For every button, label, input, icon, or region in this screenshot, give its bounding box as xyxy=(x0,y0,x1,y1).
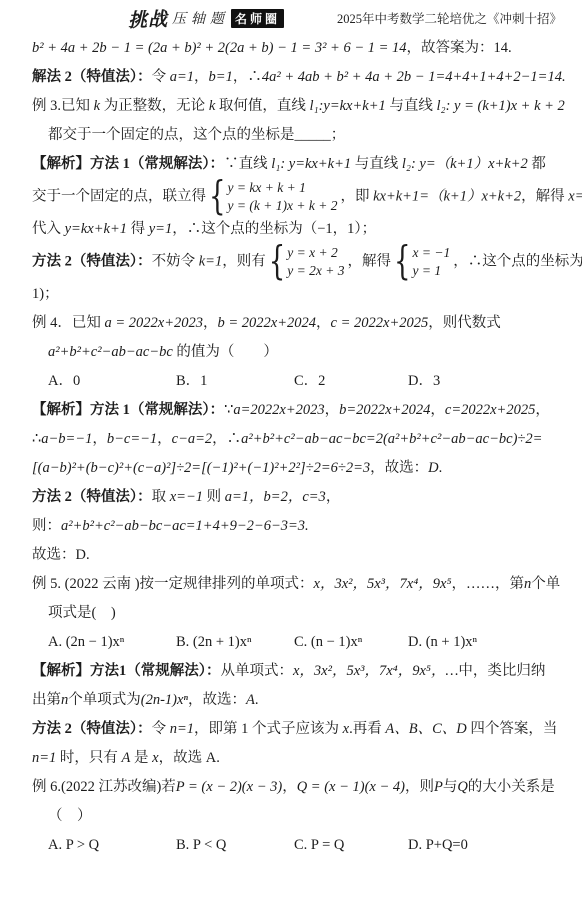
option-row: A. (2n − 1)xⁿB. (2n + 1)xⁿC. (n − 1)xⁿD.… xyxy=(32,628,562,657)
text-run: . xyxy=(255,692,259,708)
math-run: Q = (x − 1)(x − 4) xyxy=(297,779,405,795)
text-run: ，则 xyxy=(405,779,434,795)
math-run: A xyxy=(246,692,255,708)
text-run: ，∴ xyxy=(233,69,262,85)
system-equation: x = −1 xyxy=(413,244,451,262)
text-run: . xyxy=(439,460,443,476)
text-run: 例 4．已知 xyxy=(32,315,105,331)
option-row: A. P > QB. P < QC. P = QD. P+Q=0 xyxy=(32,831,562,860)
math-run: kx+k+1=（k+1）x+k+2 xyxy=(373,188,521,204)
math-run: x，3x²，5x³，7x⁴，9x⁵ xyxy=(314,576,452,592)
paragraph-line: 例 4．已知 a = 2022x+2023，b = 2022x+2024，c =… xyxy=(32,309,562,338)
document-body: b² + 4a + 2b − 1 = (2a + b)² + 2(2a + b)… xyxy=(32,34,562,860)
paragraph-line: 1)； xyxy=(32,280,562,309)
text-run: 代入 xyxy=(32,221,65,237)
text-run: ，∴ xyxy=(212,431,241,447)
system-lines: y = kx + k + 1y = (k + 1)x + k + 2 xyxy=(228,179,338,215)
text-run: ， xyxy=(203,315,218,331)
text-run: ∵ xyxy=(224,402,233,418)
equation-system: {y = kx + k + 1y = (k + 1)x + k + 2 xyxy=(209,179,337,215)
text-run: ， xyxy=(92,431,107,447)
system-equation: y = 1 xyxy=(413,262,451,280)
text-run: 都交于一个固定的点，这个点的坐标是_____； xyxy=(48,127,345,143)
text-run: 的值为（ ） xyxy=(173,344,278,360)
paragraph-line: n=1 时，只有 A 是 x，故选 A. xyxy=(32,744,562,773)
text-run: 的大小关系是 xyxy=(468,779,555,795)
math-run: x，3x²，5x³，7x⁴，9x⁵，… xyxy=(293,663,458,679)
math-run: b = 2022x+2024 xyxy=(218,315,317,331)
paragraph-line: 方法 2（特值法）：取 x=−1 则 a=1，b=2，c=3， xyxy=(32,483,562,512)
system-equation: y = (k + 1)x + k + 2 xyxy=(228,197,338,215)
paragraph-line: [(a−b)²+(b−c)²+(c−a)²]÷2=[(−1)²+(−1)²+2²… xyxy=(32,454,562,483)
option-item: A．0 xyxy=(48,367,176,396)
text-run: （ ） xyxy=(48,808,92,824)
paragraph-line: 则：a²+b²+c²−ab−bc−ac=1+4+9−2−6−3=3. xyxy=(32,512,562,541)
math-run: l₂: y=（k+1）x+k+2 xyxy=(402,156,528,172)
text-run: 四个答案，当 xyxy=(467,721,558,737)
option-item: B. P < Q xyxy=(176,831,294,860)
text-run: 都 xyxy=(528,156,546,172)
paragraph-line: 例 3.已知 k 为正整数，无论 k 取何值，直线 l₁:y=kx+k+1 与直… xyxy=(32,92,562,121)
brand-logo: 挑战 压轴题 名师圈 xyxy=(128,5,284,32)
text-run: ，即 xyxy=(340,188,373,204)
paragraph-line: 【解析】方法1（常规解法）：从单项式：x，3x²，5x³，7x⁴，9x⁵，…中，… xyxy=(32,657,562,686)
text-run: 1)； xyxy=(32,286,59,302)
paragraph-line: b² + 4a + 2b − 1 = (2a + b)² + 2(2a + b)… xyxy=(32,34,562,63)
math-run: l₁: y=kx+k+1 xyxy=(271,156,351,172)
math-run: y=1 xyxy=(149,221,172,237)
math-run: x=−1 xyxy=(568,188,582,204)
math-run: b² + 4a + 2b − 1 = (2a + b)² + 2(2a + b)… xyxy=(32,40,407,56)
text-run: ， xyxy=(316,315,331,331)
option-item: D. P+Q=0 xyxy=(408,831,562,860)
math-run: a=1，b=2，c=3 xyxy=(225,489,326,505)
text-run: 例 6.(2022 江苏改编)若 xyxy=(32,779,176,795)
text-run: 与直线 xyxy=(351,156,402,172)
math-run: Q xyxy=(457,779,467,795)
document-page: 挑战 压轴题 名师圈 2025年中考数学二轮培优之《冲刺十招》 b² + 4a … xyxy=(0,0,582,860)
text-run: ∵直线 xyxy=(224,156,271,172)
math-run: n=1 xyxy=(170,721,194,737)
text-run: 【解析】方法 1（常规解法）： xyxy=(32,156,224,172)
paragraph-line: 项式是( ) xyxy=(32,599,562,628)
math-run: (2n-1)xⁿ xyxy=(141,692,188,708)
logo-subtitle: 压轴题 xyxy=(172,8,229,28)
text-run: 方法 2（特值法）： xyxy=(32,253,152,269)
option-row: A．0B．1C．2D．3 xyxy=(32,367,562,396)
text-run: ， xyxy=(325,402,340,418)
text-run: ， xyxy=(535,402,550,418)
math-run: D xyxy=(428,460,438,476)
paragraph-line: 代入 y=kx+k+1 得 y=1，∴这个点的坐标为（−1，1）； xyxy=(32,215,562,244)
math-run: a²+b²+c²−ab−ac−bc xyxy=(48,344,173,360)
text-run: ， xyxy=(326,489,341,505)
system-lines: y = x + 2y = 2x + 3 xyxy=(287,244,344,280)
math-run: P = (x − 2)(x − 3) xyxy=(176,779,282,795)
math-run: c = 2022x+2025 xyxy=(331,315,429,331)
math-run: A、B、C、D xyxy=(385,721,466,737)
brace-glyph: { xyxy=(269,243,286,282)
math-run: 4a² + 4ab + b² + 4a + 2b − 1=4+4+1+4+2−1… xyxy=(262,69,566,85)
text-run: ，则代数式 xyxy=(428,315,501,331)
text-run: 方法 2（特值法）： xyxy=(32,721,152,737)
text-run: ，∴这个点的坐标为 (−1， xyxy=(453,253,582,269)
text-run: 与直线 xyxy=(386,98,437,114)
paragraph-line: 故选：D. xyxy=(32,541,562,570)
text-run: ， xyxy=(194,69,209,85)
brace-glyph: { xyxy=(209,178,226,217)
text-run: 从单项式： xyxy=(221,663,294,679)
option-item: D. (n + 1)xⁿ xyxy=(408,628,562,657)
equation-system: {x = −1y = 1 xyxy=(394,244,450,280)
text-run: 项式是( ) xyxy=(48,605,116,621)
paragraph-line: 【解析】方法 1（常规解法）：∵直线 l₁: y=kx+k+1 与直线 l₂: … xyxy=(32,150,562,179)
text-run: ，解得 xyxy=(348,253,392,269)
math-run: y=kx+k+1 xyxy=(65,221,127,237)
text-run: 故选：D. xyxy=(32,547,90,563)
math-run: a = 2022x+2023 xyxy=(105,315,204,331)
math-run: x=−1 xyxy=(170,489,203,505)
page-header: 挑战 压轴题 名师圈 2025年中考数学二轮培优之《冲刺十招》 xyxy=(32,5,562,31)
paragraph-line: ∴a−b=−1，b−c=−1，c−a=2，∴a²+b²+c²−ab−ac−bc=… xyxy=(32,425,562,454)
paragraph-line: 方法 2（特值法）：不妨令 k=1，则有{y = x + 2y = 2x + 3… xyxy=(32,244,562,280)
paragraph-line: 都交于一个固定的点，这个点的坐标是_____； xyxy=(32,121,562,150)
option-item: A. P > Q xyxy=(48,831,176,860)
paragraph-line: 【解析】方法 1（常规解法）：∵a=2022x+2023，b=2022x+202… xyxy=(32,396,562,425)
text-run: ，则有 xyxy=(222,253,266,269)
text-run: ，故选： xyxy=(370,460,428,476)
text-run: 【解析】方法 1（常规解法）： xyxy=(32,402,224,418)
math-run: P xyxy=(434,779,443,795)
text-run: 是 xyxy=(130,750,152,766)
system-equation: y = x + 2 xyxy=(287,244,344,262)
option-item: D．3 xyxy=(408,367,562,396)
text-run: 时，只有 xyxy=(56,750,121,766)
math-run: a²+b²+c²−ab−ac−bc=2(a²+b²+c²−ab−ac−bc)÷2… xyxy=(241,431,542,447)
text-run: 则： xyxy=(32,518,61,534)
text-run: ，故选 A. xyxy=(159,750,220,766)
text-run: ， xyxy=(157,431,172,447)
text-run: 交于一个固定的点，联立得 xyxy=(32,188,206,204)
math-run: b=1 xyxy=(209,69,233,85)
text-run: 取 xyxy=(152,489,170,505)
math-run: a=2022x+2023 xyxy=(233,402,324,418)
text-run: 与 xyxy=(443,779,458,795)
text-run: ，∴这个点的坐标为（−1，1）； xyxy=(172,221,376,237)
math-run: b−c=−1 xyxy=(107,431,157,447)
paragraph-line: 方法 2（特值法）：令 n=1，即第 1 个式子应该为 x.再看 A、B、C、D… xyxy=(32,715,562,744)
text-run: 解法 2（特值法）： xyxy=(32,69,152,85)
paragraph-line: 例 5. (2022 云南 )按一定规律排列的单项式：x，3x²，5x³，7x⁴… xyxy=(32,570,562,599)
paragraph-line: （ ） xyxy=(32,802,562,831)
text-run: ， xyxy=(430,402,445,418)
logo-script-text: 挑战 xyxy=(128,4,169,32)
math-run: b=2022x+2024 xyxy=(339,402,430,418)
paragraph-line: 解法 2（特值法）：令 a=1，b=1，∴4a² + 4ab + b² + 4a… xyxy=(32,63,562,92)
paragraph-line: 出第n个单项式为(2n-1)xⁿ，故选：A. xyxy=(32,686,562,715)
math-run: a²+b²+c²−ab−bc−ac=1+4+9−2−6−3=3. xyxy=(61,518,309,534)
paragraph-line: a²+b²+c²−ab−ac−bc 的值为（ ） xyxy=(32,338,562,367)
system-equation: y = 2x + 3 xyxy=(287,262,344,280)
math-run: c=2022x+2025 xyxy=(445,402,535,418)
text-run: 个单 xyxy=(531,576,560,592)
course-title: 2025年中考数学二轮培优之《冲刺十招》 xyxy=(337,9,562,27)
text-run: 令 xyxy=(152,69,170,85)
text-run: ， xyxy=(282,779,297,795)
text-run: 不妨令 xyxy=(152,253,199,269)
math-run: [(a−b)²+(b−c)²+(c−a)²]÷2=[(−1)²+(−1)²+2²… xyxy=(32,460,370,476)
text-run: ∴ xyxy=(32,431,41,447)
text-run: 则 xyxy=(203,489,225,505)
text-run: 【解析】方法1（常规解法）： xyxy=(32,663,221,679)
option-item: B. (2n + 1)xⁿ xyxy=(176,628,294,657)
option-item: C. (n − 1)xⁿ xyxy=(294,628,408,657)
math-run: a=1 xyxy=(170,69,194,85)
option-item: A. (2n − 1)xⁿ xyxy=(48,628,176,657)
math-run: k=1 xyxy=(199,253,222,269)
text-run: ，故选： xyxy=(188,692,246,708)
equation-system: {y = x + 2y = 2x + 3 xyxy=(269,244,345,280)
math-run: l₂: y = (k+1)x + k + 2 xyxy=(437,98,565,114)
option-item: C．2 xyxy=(294,367,408,396)
text-run: 取何值，直线 xyxy=(215,98,309,114)
text-run: .再看 xyxy=(349,721,385,737)
text-run: ，解得 xyxy=(521,188,568,204)
logo-badge: 名师圈 xyxy=(231,9,284,28)
text-run: 例 5. (2022 云南 )按一定规律排列的单项式： xyxy=(32,576,314,592)
math-run: l₁:y=kx+k+1 xyxy=(310,98,386,114)
text-run: 为正整数，无论 xyxy=(100,98,209,114)
paragraph-line: 例 6.(2022 江苏改编)若P = (x − 2)(x − 3)，Q = (… xyxy=(32,773,562,802)
text-run: 令 xyxy=(152,721,170,737)
text-run: ，……，第 xyxy=(452,576,525,592)
option-item: B．1 xyxy=(176,367,294,396)
text-run: 得 xyxy=(127,221,149,237)
brace-glyph: { xyxy=(394,243,411,282)
math-run: a−b=−1 xyxy=(41,431,92,447)
text-run: ，故答案为：14. xyxy=(407,40,512,56)
text-run: 中，类比归纳 xyxy=(458,663,545,679)
math-run: c−a=2 xyxy=(172,431,213,447)
text-run: 例 3.已知 xyxy=(32,98,94,114)
option-item: C. P = Q xyxy=(294,831,408,860)
text-run: 个单项式为 xyxy=(68,692,141,708)
text-run: 出第 xyxy=(32,692,61,708)
text-run: ，即第 1 个式子应该为 xyxy=(194,721,343,737)
system-equation: y = kx + k + 1 xyxy=(228,179,338,197)
math-run: n=1 xyxy=(32,750,56,766)
text-run: 方法 2（特值法）： xyxy=(32,489,152,505)
paragraph-line: 交于一个固定的点，联立得{y = kx + k + 1y = (k + 1)x … xyxy=(32,179,562,215)
system-lines: x = −1y = 1 xyxy=(413,244,451,280)
